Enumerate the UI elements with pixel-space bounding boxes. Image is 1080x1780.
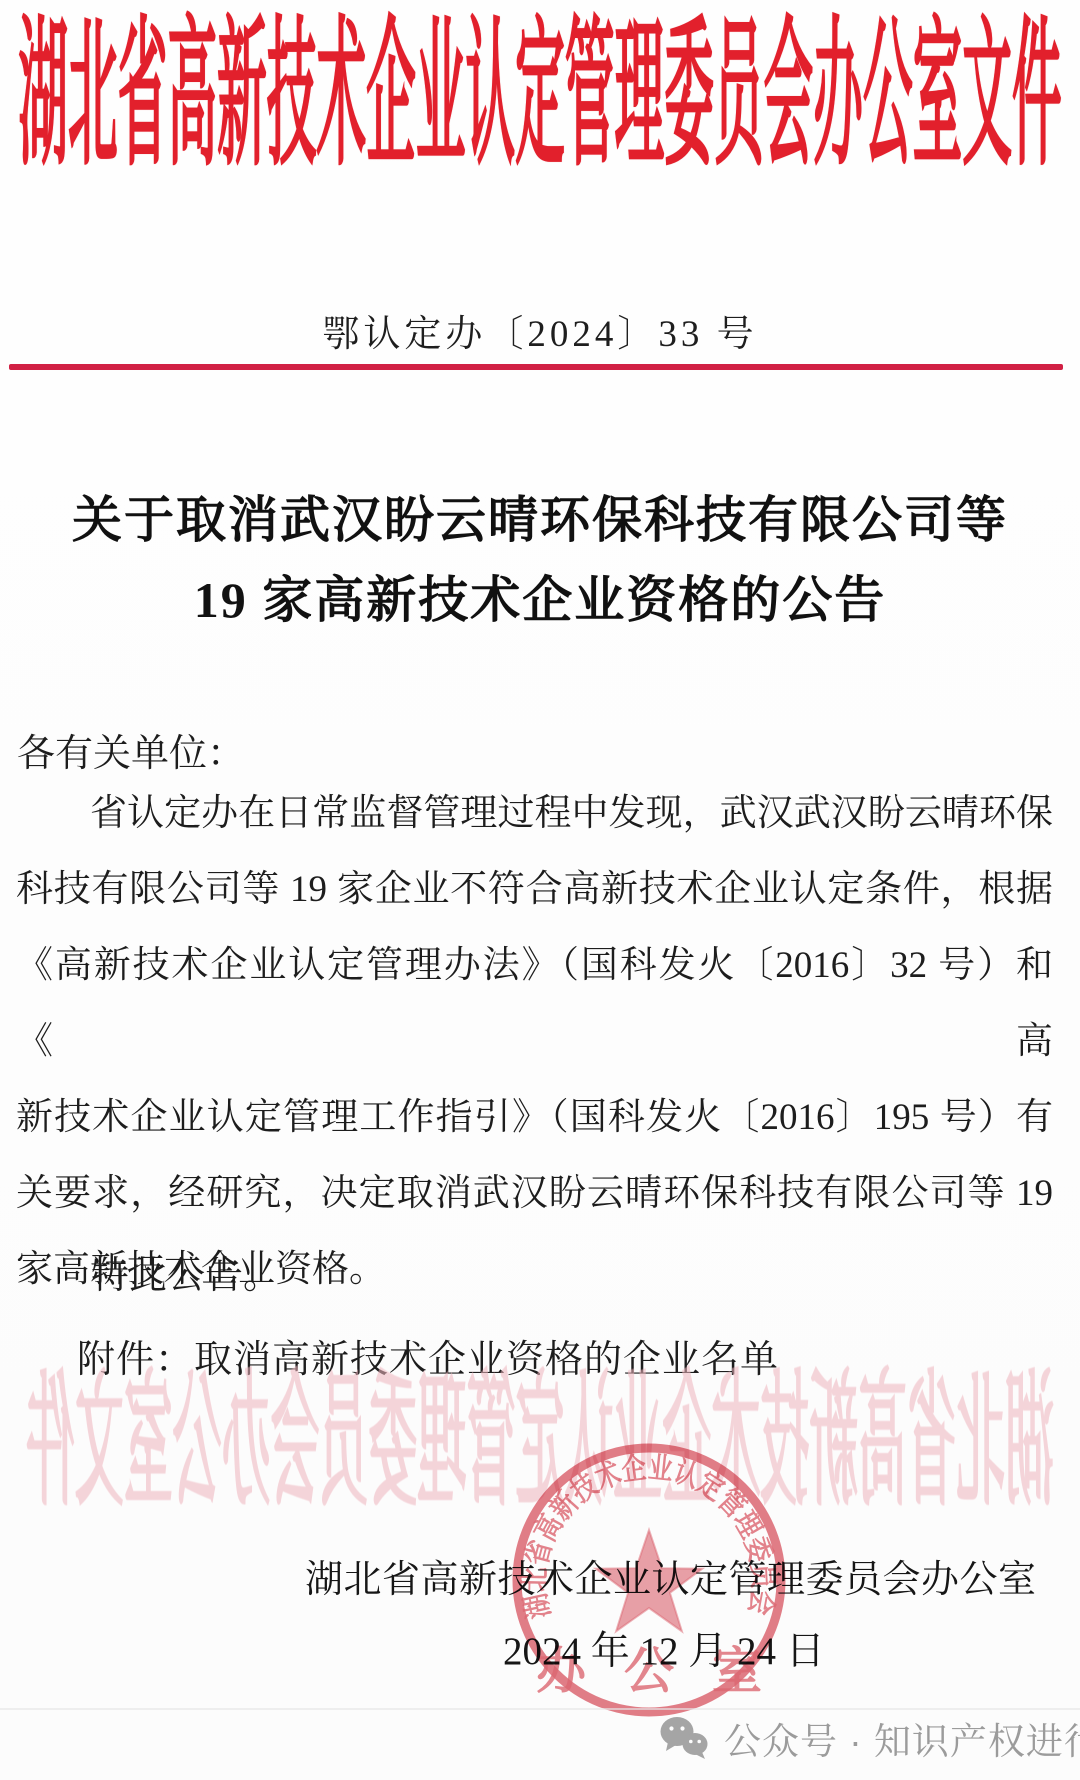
footer-badge: 公众号 · 知识产权进行时 [658,1712,1080,1764]
document-page: 湖北省高新技术企业认定管理委员会办公室文件 鄂认定办〔2024〕33 号 关于取… [0,0,1080,1780]
red-divider-rule [9,364,1063,370]
body-line: 《高新技术企业认定管理办法》（国科发火〔2016〕32 号）和《高 [16,928,1053,1080]
official-seal: 湖北省高新技术企业认定管理委员会 办公室 [503,1438,795,1730]
seal-center-text: 办公室 [536,1643,795,1699]
body-line: 科技有限公司等 19 家企业不符合高新技术企业认定条件，根据 [16,852,1053,928]
body-line: 新技术企业认定管理工作指引》（国科发火〔2016〕195 号）有 [16,1080,1053,1156]
salutation: 各有关单位： [17,722,245,777]
red-header-banner: 湖北省高新技术企业认定管理委员会办公室文件 [0,10,1080,182]
scan-artifact-line [0,1708,1080,1710]
wechat-icon [658,1715,710,1761]
footer-badge-text: 公众号 · 知识产权进行时 [724,1711,1080,1765]
closing-statement: 特此公告。 [91,1244,281,1299]
document-number: 鄂认定办〔2024〕33 号 [0,303,1080,357]
attachment-note: 附件：取消高新技术企业资格的企业名单 [77,1328,779,1383]
body-line: 关要求，经研究，决定取消武汉盼云晴环保科技有限公司等 19 [16,1156,1053,1232]
header-title: 湖北省高新技术企业认定管理委员会办公室文件 [18,10,1061,184]
document-title-line1: 关于取消武汉盼云晴环保科技有限公司等 [0,480,1080,560]
document-title-line2: 19 家高新技术企业资格的公告 [0,560,1080,640]
document-title: 关于取消武汉盼云晴环保科技有限公司等 19 家高新技术企业资格的公告 [0,480,1080,640]
seal-star-icon [596,1530,703,1631]
body-paragraph: 省认定办在日常监督管理过程中发现，武汉武汉盼云晴环保 科技有限公司等 19 家企… [16,776,1053,1308]
body-line: 省认定办在日常监督管理过程中发现，武汉武汉盼云晴环保 [16,776,1053,852]
